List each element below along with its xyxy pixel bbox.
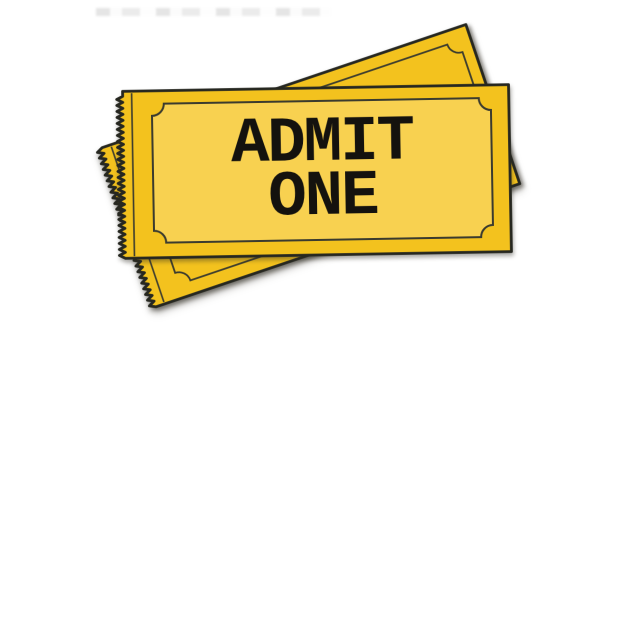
ticket-text-line2: ONE <box>268 169 378 225</box>
ticket-text: ADMIT ONE <box>152 98 493 243</box>
clipart-canvas: ADMIT ONE <box>0 0 626 626</box>
ticket-front: ADMIT ONE <box>119 84 514 260</box>
scan-artifact <box>96 8 331 16</box>
